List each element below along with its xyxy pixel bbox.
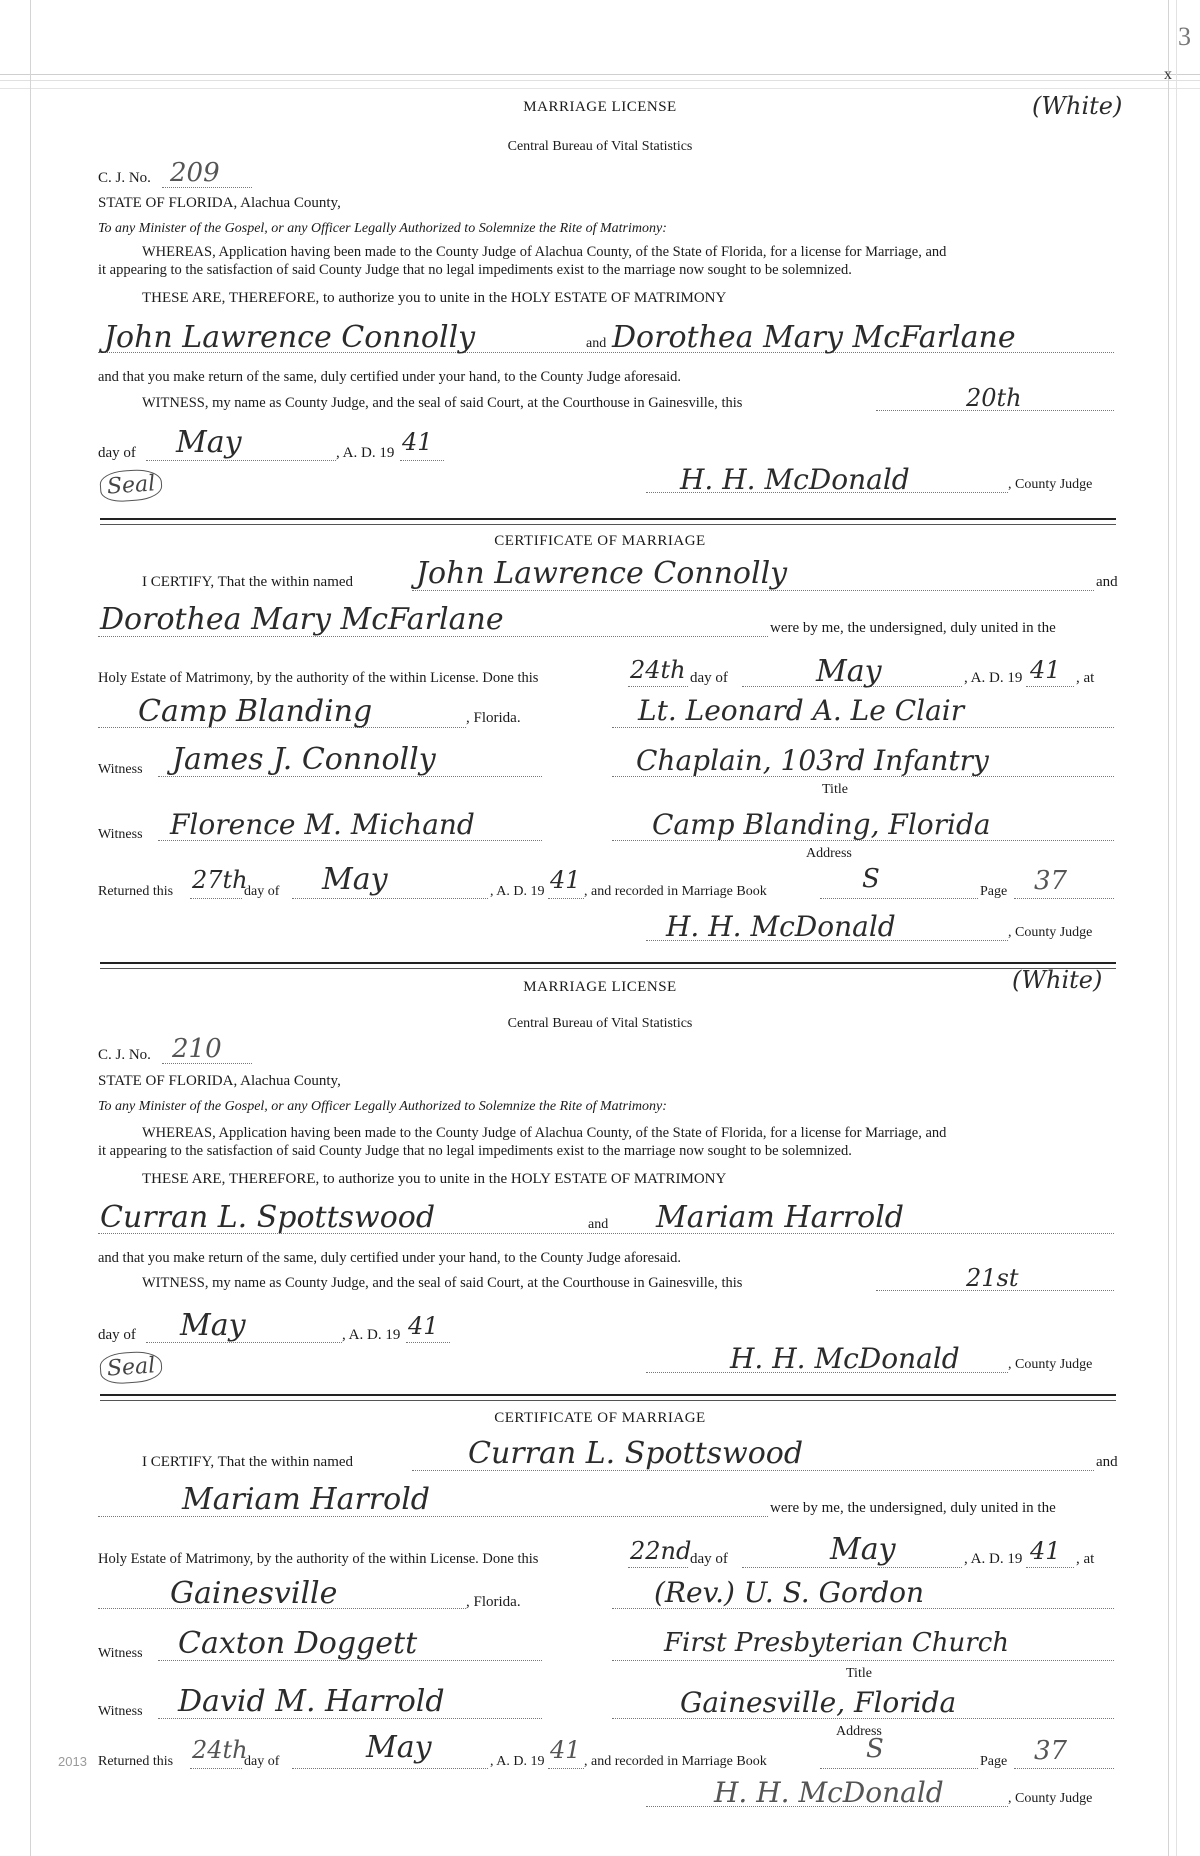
returned-year-line (548, 898, 584, 899)
witness-2-label: Witness (98, 827, 143, 843)
issue-month: May (180, 1308, 246, 1343)
record-divider (100, 968, 1116, 969)
judge-signature: H. H. McDonald (730, 1342, 960, 1375)
whereas-line-1: WHEREAS, Application having been made to… (142, 1125, 946, 1142)
florida-label: , Florida. (466, 1594, 521, 1611)
at-label: , at (1076, 670, 1094, 687)
cj-no-value: 209 (170, 158, 220, 188)
cert-bride-name: Dorothea Mary McFarlane (100, 602, 504, 637)
officiant-line (612, 727, 1114, 728)
return-line: and that you make return of the same, du… (98, 369, 681, 386)
witness-1-name: Caxton Doggett (178, 1626, 417, 1661)
bureau-name: Central Bureau of Vital Statistics (0, 1016, 1200, 1032)
returned-day: 27th (192, 866, 248, 894)
page-number: 37 (1034, 1736, 1067, 1766)
judge-signature: H. H. McDonald (680, 463, 910, 496)
groom-name: John Lawrence Connolly (104, 320, 475, 355)
returned-ad-label: , A. D. 19 (490, 884, 544, 900)
cert-groom-name: Curran L. Spottswood (468, 1436, 803, 1471)
record-divider (100, 962, 1116, 964)
holy-estate-label: Holy Estate of Matrimony, by the authori… (98, 670, 538, 687)
cert-and-label: and (1096, 574, 1118, 591)
witness-line: WITNESS, my name as County Judge, and th… (142, 395, 742, 412)
returned-year: 41 (550, 1736, 581, 1764)
address-label: Address (806, 846, 852, 862)
page-number: 37 (1034, 866, 1067, 896)
issue-month-line (146, 460, 336, 461)
witness-line: WITNESS, my name as County Judge, and th… (142, 1275, 742, 1292)
returned-label: Returned this (98, 1754, 173, 1770)
section-divider (100, 518, 1116, 520)
title-label: Title (822, 782, 848, 798)
witness-2-name: David M. Harrold (178, 1684, 445, 1719)
address-line: To any Minister of the Gospel, or any Of… (98, 1099, 667, 1115)
issue-month: May (176, 425, 242, 460)
cj-no-label: C. J. No. (98, 170, 151, 187)
certificate-title: CERTIFICATE OF MARRIAGE (0, 1410, 1200, 1427)
cert-day-of-label: day of (690, 1551, 728, 1568)
issue-year-line (406, 1342, 450, 1343)
returned-label: Returned this (98, 884, 173, 900)
recorded-label: , and recorded in Marriage Book (584, 1754, 767, 1770)
whereas-line-2: it appearing to the satisfaction of said… (98, 262, 852, 279)
returned-day-of-label: day of (244, 1754, 279, 1770)
seal-stamp: Seal (99, 1350, 163, 1385)
scan-line (1168, 0, 1169, 1856)
ad-label: , A. D. 19 (342, 1327, 400, 1344)
section-divider (100, 1394, 1116, 1396)
officiant-name: Lt. Leonard A. Le Clair (638, 694, 964, 727)
done-day-line (628, 686, 688, 687)
scan-line (30, 0, 31, 1856)
returned-day-line (190, 898, 242, 899)
done-month: May (830, 1532, 896, 1567)
cert-judge-signature: H. H. McDonald (714, 1776, 944, 1809)
at-label: , at (1076, 1551, 1094, 1568)
cert-judge-title: , County Judge (1008, 925, 1092, 941)
book-line (820, 1768, 978, 1769)
bride-name: Dorothea Mary McFarlane (612, 320, 1016, 355)
state-line: STATE OF FLORIDA, Alachua County, (98, 1073, 341, 1090)
officiant-name: (Rev.) U. S. Gordon (654, 1576, 924, 1609)
done-day-line (628, 1567, 688, 1568)
issue-year: 41 (402, 428, 433, 456)
cert-and-label: and (1096, 1454, 1118, 1471)
issue-day: 21st (966, 1264, 1019, 1292)
done-month-line (742, 1567, 962, 1568)
groom-name: Curran L. Spottswood (100, 1200, 435, 1235)
issue-year-line (400, 460, 444, 461)
corner-mark: x (1164, 66, 1172, 84)
scan-line (0, 74, 1200, 75)
returned-day-line (190, 1768, 242, 1769)
florida-label: , Florida. (466, 710, 521, 727)
cert-ad-label: , A. D. 19 (964, 1551, 1022, 1568)
whereas-line-1: WHEREAS, Application having been made to… (142, 244, 946, 261)
page-label: Page (980, 884, 1007, 900)
ad-label: , A. D. 19 (336, 445, 394, 462)
returned-month-line (292, 1768, 488, 1769)
done-month: May (816, 654, 882, 689)
seal-stamp: Seal (99, 468, 163, 503)
returned-year-line (548, 1768, 584, 1769)
cj-no-label: C. J. No. (98, 1047, 151, 1064)
officiant-address: Gainesville, Florida (680, 1686, 956, 1719)
place: Gainesville (170, 1576, 337, 1611)
scan-line (0, 88, 1200, 89)
title-label: Title (846, 1666, 872, 1682)
returned-year: 41 (550, 866, 581, 894)
cert-ad-label: , A. D. 19 (964, 670, 1022, 687)
scan-line (0, 80, 1200, 81)
cert-bride-name: Mariam Harrold (182, 1482, 430, 1517)
united-label: were by me, the undersigned, duly united… (770, 620, 1056, 637)
marriage-book: S (866, 1734, 884, 1764)
section-divider (100, 524, 1116, 525)
judge-title: , County Judge (1008, 477, 1092, 493)
done-year-line (1026, 686, 1074, 687)
watermark: 2013 (58, 1754, 87, 1769)
state-line: STATE OF FLORIDA, Alachua County, (98, 195, 341, 212)
return-line: and that you make return of the same, du… (98, 1250, 681, 1267)
section-divider (100, 1400, 1116, 1401)
united-label: were by me, the undersigned, duly united… (770, 1500, 1056, 1517)
bureau-name: Central Bureau of Vital Statistics (0, 139, 1200, 155)
recorded-label: , and recorded in Marriage Book (584, 884, 767, 900)
officiant-address: Camp Blanding, Florida (652, 808, 991, 841)
license-title: MARRIAGE LICENSE (0, 99, 1200, 116)
page-line (1014, 898, 1114, 899)
witness-1-name: James J. Connolly (172, 742, 436, 777)
and-label: and (586, 336, 606, 352)
returned-month: May (322, 862, 388, 897)
done-day: 24th (630, 656, 686, 684)
place: Camp Blanding (138, 694, 372, 729)
day-of-label: day of (98, 1327, 136, 1344)
returned-ad-label: , A. D. 19 (490, 1754, 544, 1770)
book-line (820, 898, 978, 899)
returned-month-line (292, 898, 488, 899)
page-label: Page (980, 1754, 1007, 1770)
page-line (1014, 1768, 1114, 1769)
returned-month: May (366, 1730, 432, 1765)
witness-2-name: Florence M. Michand (170, 808, 475, 841)
certificate-title: CERTIFICATE OF MARRIAGE (0, 533, 1200, 550)
certify-label: I CERTIFY, That the within named (142, 574, 353, 591)
race-annotation: (White) (1032, 92, 1122, 120)
scan-line (1176, 0, 1177, 1856)
witness-1-label: Witness (98, 1646, 143, 1662)
issue-day: 20th (966, 384, 1022, 412)
corner-page-number: 3 (1178, 22, 1191, 52)
done-year: 41 (1030, 1537, 1061, 1565)
cert-day-of-label: day of (690, 670, 728, 687)
therefore-line: THESE ARE, THEREFORE, to authorize you t… (142, 1171, 726, 1188)
witness-2-label: Witness (98, 1704, 143, 1720)
done-year-line (1026, 1567, 1074, 1568)
holy-estate-label: Holy Estate of Matrimony, by the authori… (98, 1551, 538, 1568)
therefore-line: THESE ARE, THEREFORE, to authorize you t… (142, 290, 726, 307)
bride-name: Mariam Harrold (656, 1200, 904, 1235)
officiant-title: First Presbyterian Church (664, 1628, 1009, 1658)
day-of-label: day of (98, 445, 136, 462)
cert-groom-name: John Lawrence Connolly (416, 556, 787, 591)
officiant-title-line (612, 1660, 1114, 1661)
certify-label: I CERTIFY, That the within named (142, 1454, 353, 1471)
witness-1-label: Witness (98, 762, 143, 778)
returned-day: 24th (192, 1736, 248, 1764)
officiant-title: Chaplain, 103rd Infantry (636, 744, 989, 777)
cj-no-value: 210 (172, 1034, 222, 1064)
marriage-book: S (862, 864, 880, 894)
whereas-line-2: it appearing to the satisfaction of said… (98, 1143, 852, 1160)
and-label: and (588, 1217, 608, 1233)
returned-day-of-label: day of (244, 884, 279, 900)
address-line: To any Minister of the Gospel, or any Of… (98, 221, 667, 237)
done-day: 22nd (630, 1537, 691, 1565)
race-annotation: (White) (1012, 966, 1102, 994)
issue-year: 41 (408, 1312, 439, 1340)
cert-judge-title: , County Judge (1008, 1791, 1092, 1807)
done-year: 41 (1030, 656, 1061, 684)
judge-title: , County Judge (1008, 1357, 1092, 1373)
cert-judge-signature: H. H. McDonald (666, 910, 896, 943)
